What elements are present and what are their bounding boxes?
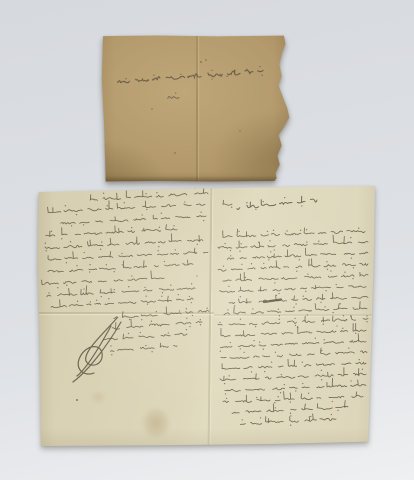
letter-handwriting-ink — [37, 186, 377, 446]
letter-document — [37, 186, 377, 446]
aged-note-document — [100, 35, 290, 182]
note-handwriting-ink — [100, 35, 290, 182]
note-underside-shadow — [102, 176, 277, 182]
note-paper — [100, 35, 290, 182]
letter-paper — [37, 186, 377, 446]
photo-backdrop — [0, 0, 414, 480]
